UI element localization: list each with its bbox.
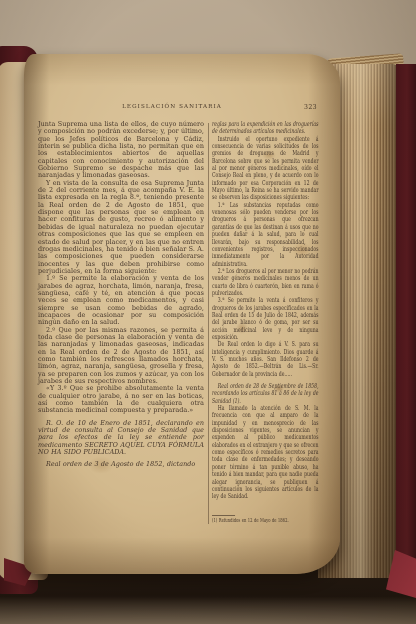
paragraph: 2.ª Los drogueros al por menor no podrán… xyxy=(212,268,319,297)
paragraph: Y en vista de la consulta de esa Suprema… xyxy=(38,180,204,275)
left-column: Junta Suprema una lista de ellos, de cuy… xyxy=(38,121,204,469)
page-header: LEGISLACIÓN SANITARIA 323 xyxy=(38,104,320,114)
paragraph: Real orden de 28 de Septiembre de 1858, … xyxy=(212,383,319,405)
paragraph: Real orden de 3 de Agosto de 1852, dicta… xyxy=(38,461,204,468)
paragraph: 2.º Que por las mismas razones, se permi… xyxy=(38,327,204,386)
paragraph: Junta Suprema una lista de ellos, de cuy… xyxy=(38,121,204,180)
paragraph: 1.ª Las substancias reputadas como venen… xyxy=(212,202,319,268)
paragraph: Ha llamado la atención de S. M. la frecu… xyxy=(212,405,319,500)
text-block: LEGISLACIÓN SANITARIA 323 Junta Suprema … xyxy=(38,104,320,524)
page-number: 323 xyxy=(304,104,317,111)
paragraph: Instruido el oportuno expediente á conse… xyxy=(212,136,319,202)
paragraph: 3.ª Se permite la venta á confiteros y d… xyxy=(212,297,319,341)
paragraph: reglas para la expendición en las drogue… xyxy=(212,121,319,136)
two-column-text: Junta Suprema una lista de ellos, de cuy… xyxy=(38,121,320,524)
column-divider xyxy=(208,123,209,524)
book-page: LEGISLACIÓN SANITARIA 323 Junta Suprema … xyxy=(24,54,340,574)
book-photo: LEGISLACIÓN SANITARIA 323 Junta Suprema … xyxy=(0,0,416,624)
book-cover-right xyxy=(396,64,416,586)
paragraph: (1) Refundidos en 12 de Mayo de 1862. xyxy=(212,515,319,525)
paragraph: De Real orden lo digo á V. S. para su in… xyxy=(212,341,319,378)
running-title: LEGISLACIÓN SANITARIA xyxy=(38,104,306,110)
paragraph: «Y 3.º Que se prohibe absolutamente la v… xyxy=(38,385,204,414)
paragraph: R. O. de 10 de Enero de 1851, declarando… xyxy=(38,420,204,457)
paragraph: 1.º Se permite la elaboración y venta de… xyxy=(38,275,204,326)
right-column: reglas para la expendición en las drogue… xyxy=(212,121,319,524)
